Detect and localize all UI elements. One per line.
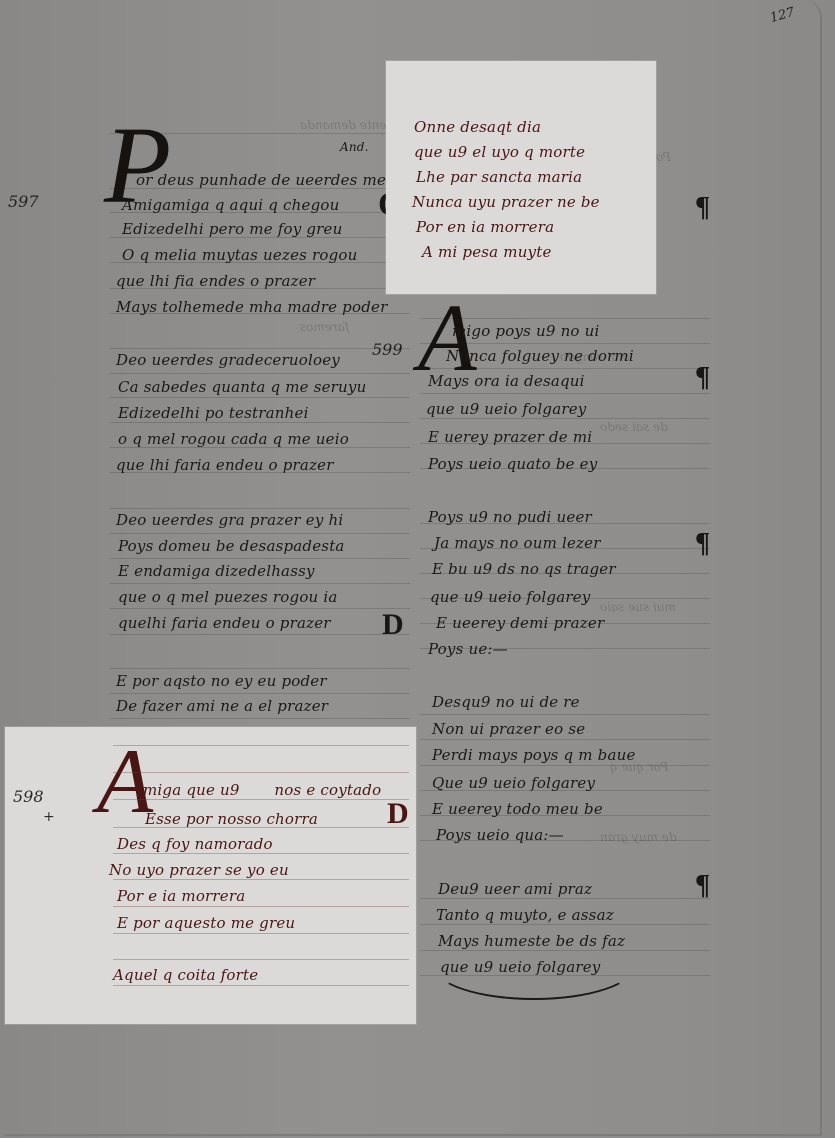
poem-number-598: 598 xyxy=(13,787,44,806)
highlight-region-top: Onne desaqt dia que u9 el uyo q morte Lh… xyxy=(386,61,656,294)
highlight-region-bottom: 598 + A miga que u9 nos e coytado Esse p… xyxy=(5,727,416,1024)
manuscript-page: 127 Agno sente demanda faremos muyto ama… xyxy=(0,0,835,1138)
closing-flourish xyxy=(432,930,636,1000)
poem-number-597: 597 xyxy=(8,192,39,211)
rubric: And. xyxy=(340,140,369,154)
poem-number-599: 599 xyxy=(372,340,403,359)
